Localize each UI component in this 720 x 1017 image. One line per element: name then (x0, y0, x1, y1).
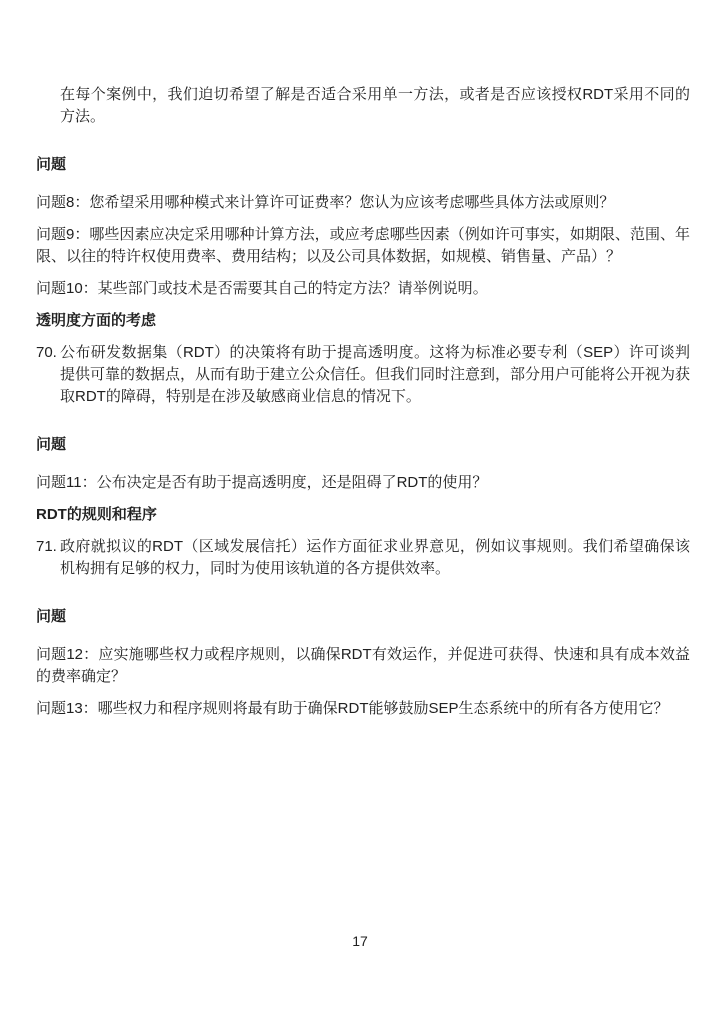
intro-paragraph: 在每个案例中，我们迫切希望了解是否适合采用单一方法，或者是否应该授权RDT采用不… (60, 84, 690, 128)
paragraph-text-71: 政府就拟议的RDT（区域发展信托）运作方面征求业界意见，例如议事规则。我们希望确… (60, 536, 690, 580)
section-heading-questions-1: 问题 (36, 154, 690, 176)
page-number: 17 (0, 930, 720, 952)
section-heading-questions-2: 问题 (36, 434, 690, 456)
question-9: 问题9：哪些因素应决定采用哪种计算方法，或应考虑哪些因素（例如许可事实，如期限、… (36, 224, 690, 268)
question-10: 问题10：某些部门或技术是否需要其自己的特定方法？请举例说明。 (36, 278, 690, 300)
section-heading-questions-3: 问题 (36, 606, 690, 628)
paragraph-number-71: 71. (36, 536, 60, 580)
paragraph-number-70: 70. (36, 342, 60, 408)
section-heading-rules: RDT的规则和程序 (36, 504, 690, 526)
numbered-paragraph-70: 70. 公布研发数据集（RDT）的决策将有助于提高透明度。这将为标准必要专利（S… (36, 342, 690, 408)
question-11: 问题11：公布决定是否有助于提高透明度，还是阻碍了RDT的使用？ (36, 472, 690, 494)
section-heading-transparency: 透明度方面的考虑 (36, 310, 690, 332)
document-content: 在每个案例中，我们迫切希望了解是否适合采用单一方法，或者是否应该授权RDT采用不… (36, 84, 690, 730)
question-8: 问题8：您希望采用哪种模式来计算许可证费率？您认为应该考虑哪些具体方法或原则？ (36, 192, 690, 214)
question-13: 问题13：哪些权力和程序规则将最有助于确保RDT能够鼓励SEP生态系统中的所有各… (36, 698, 690, 720)
paragraph-text-70: 公布研发数据集（RDT）的决策将有助于提高透明度。这将为标准必要专利（SEP）许… (60, 342, 690, 408)
numbered-paragraph-71: 71. 政府就拟议的RDT（区域发展信托）运作方面征求业界意见，例如议事规则。我… (36, 536, 690, 580)
document-page: 在每个案例中，我们迫切希望了解是否适合采用单一方法，或者是否应该授权RDT采用不… (0, 0, 720, 1017)
question-12: 问题12：应实施哪些权力或程序规则，以确保RDT有效运作，并促进可获得、快速和具… (36, 644, 690, 688)
